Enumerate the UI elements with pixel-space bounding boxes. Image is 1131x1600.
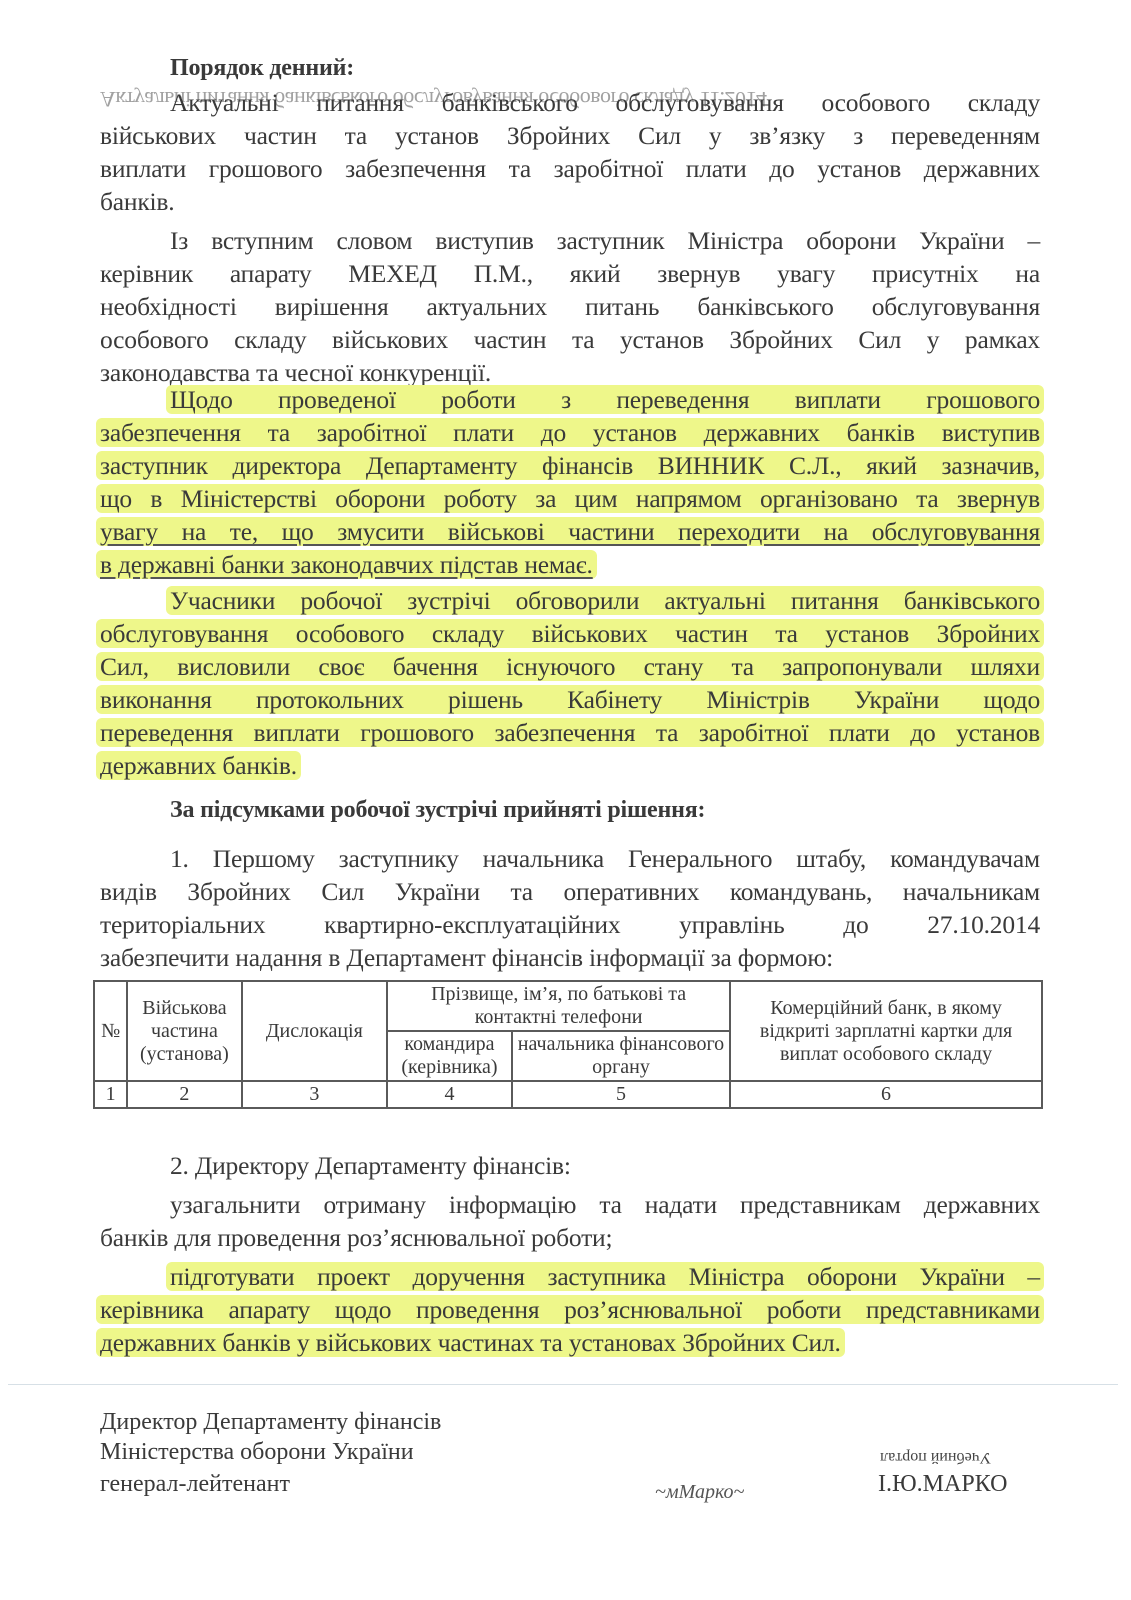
decision1-line-1: 1. Першому заступнику начальника Генерал…	[170, 842, 1040, 875]
agenda-line-2: військових частин та установ Збройних Си…	[100, 119, 1040, 152]
agenda-line-4: банків.	[100, 185, 1040, 218]
table-cell: 4	[387, 1081, 512, 1108]
signatory-title-line-1: Директор Департаменту фінансів	[100, 1407, 441, 1437]
agenda-line-1: Актуальні питання банківського обслугову…	[170, 86, 1040, 119]
col-header-names-group: Прізвище, ім’я, по батькові та контактні…	[387, 981, 730, 1031]
col-header-unit: Військова частина (установа)	[127, 981, 241, 1081]
table-cell: 6	[730, 1081, 1042, 1108]
vynnyk-line-6: в державні банки законодавчих підстав не…	[100, 548, 1040, 581]
highlighted-text: державних банків у військових частинах т…	[96, 1328, 845, 1357]
signatory-name: І.Ю.МАРКО	[878, 1469, 1007, 1499]
intro-line-3: необхідності вирішення актуальних питань…	[100, 290, 1040, 323]
participants-line-4: виконання протокольних рішень Кабінету М…	[100, 683, 1040, 716]
page-divider	[8, 1384, 1118, 1385]
col-header-number: №	[94, 981, 127, 1081]
table-row: 1 2 3 4 5 6	[94, 1081, 1042, 1108]
agenda-heading: Порядок денний:	[170, 52, 570, 85]
highlighted-text: переведення виплати грошового забезпечен…	[96, 718, 1044, 747]
vynnyk-line-5: увагу на те, що змусити військові частин…	[100, 515, 1040, 548]
participants-line-1: Учасники робочої зустрічі обговорили акт…	[170, 584, 1040, 617]
decision2-b-line-2: керівника апарату щодо проведення роз’яс…	[100, 1293, 1040, 1326]
decision2-b-line-1: підготувати проект доручення заступника …	[170, 1260, 1040, 1293]
table-cell: 1	[94, 1081, 127, 1108]
decision1-line-3: територіальних квартирно-експлуатаційних…	[100, 908, 1040, 941]
col-header-finance-head: начальника фінансового органу	[512, 1031, 730, 1081]
participants-line-5: переведення виплати грошового забезпечен…	[100, 716, 1040, 749]
table-header-row: № Військова частина (установа) Дислокаці…	[94, 981, 1042, 1031]
decision2-heading: 2. Директору Департаменту фінансів:	[170, 1149, 770, 1182]
col-header-commander: командира (керівника)	[387, 1031, 512, 1081]
handwritten-signature: ~мМарко~	[655, 1481, 825, 1501]
highlighted-text: Сил, висловили своє бачення існуючого ст…	[96, 652, 1044, 681]
highlighted-text: заступник директора Департаменту фінансі…	[96, 451, 1044, 480]
signatory-rank: генерал-лейтенант	[100, 1469, 290, 1499]
participants-line-6: державних банків.	[100, 749, 1040, 782]
participants-line-3: Сил, висловили своє бачення існуючого ст…	[100, 650, 1040, 683]
decision1-line-4: забезпечити надання в Департамент фінанс…	[100, 941, 1040, 974]
highlighted-text: обслуговування особового складу військов…	[96, 619, 1044, 648]
vynnyk-line-4: що в Міністерстві оборони роботу за цим …	[100, 482, 1040, 515]
decision2-a-line-1: узагальнити отриману інформацію та надат…	[170, 1188, 1040, 1221]
table-cell: 5	[512, 1081, 730, 1108]
vynnyk-line-3: заступник директора Департаменту фінансі…	[100, 449, 1040, 482]
decision2-b-line-3: державних банків у військових частинах т…	[100, 1326, 1040, 1359]
decision1-line-2: видів Збройних Сил України та оперативни…	[100, 875, 1040, 908]
highlighted-text: керівника апарату щодо проведення роз’яс…	[96, 1295, 1044, 1324]
highlighted-text: державних банків.	[96, 751, 301, 780]
highlighted-text: забезпечення та заробітної плати до уста…	[96, 418, 1044, 447]
col-header-bank: Комерційний банк, в якому відкриті зарпл…	[730, 981, 1042, 1081]
participants-line-2: обслуговування особового складу військов…	[100, 617, 1040, 650]
intro-line-2: керівник апарату МЕХЕД П.М., який зверну…	[100, 257, 1040, 290]
decision2-a-line-2: банків для проведення роз’яснювальної ро…	[100, 1221, 1040, 1254]
report-form-table: № Військова частина (установа) Дислокаці…	[93, 980, 1043, 1109]
decisions-heading: За підсумками робочої зустрічі прийняті …	[170, 794, 870, 827]
intro-line-4: особового складу військових частин та ус…	[100, 323, 1040, 356]
scanned-document-page: Порядок денний: Актуальні питання банків…	[0, 0, 1131, 1600]
col-header-location: Дислокація	[242, 981, 388, 1081]
signatory-title-line-2: Міністерства оборони України	[100, 1437, 414, 1467]
table-cell: 3	[242, 1081, 388, 1108]
highlighted-text: Учасники робочої зустрічі обговорили акт…	[166, 586, 1044, 615]
highlighted-text: Щодо проведеної роботи з переведення вип…	[166, 385, 1044, 414]
flipped-stamp-text: Учебний портал	[880, 1448, 991, 1466]
underlined-highlighted-text: в державні банки законодавчих підстав не…	[96, 550, 597, 579]
vynnyk-line-2: забезпечення та заробітної плати до уста…	[100, 416, 1040, 449]
agenda-line-3: виплати грошового забезпечення та заробі…	[100, 152, 1040, 185]
highlighted-text: підготувати проект доручення заступника …	[166, 1262, 1044, 1291]
highlighted-text: що в Міністерстві оборони роботу за цим …	[96, 484, 1044, 513]
intro-line-1: Із вступним словом виступив заступник Мі…	[170, 224, 1040, 257]
highlighted-text: виконання протокольних рішень Кабінету М…	[96, 685, 1044, 714]
table-cell: 2	[127, 1081, 241, 1108]
vynnyk-line-1: Щодо проведеної роботи з переведення вип…	[170, 383, 1040, 416]
underlined-highlighted-text: увагу на те, що змусити військові частин…	[96, 517, 1044, 546]
